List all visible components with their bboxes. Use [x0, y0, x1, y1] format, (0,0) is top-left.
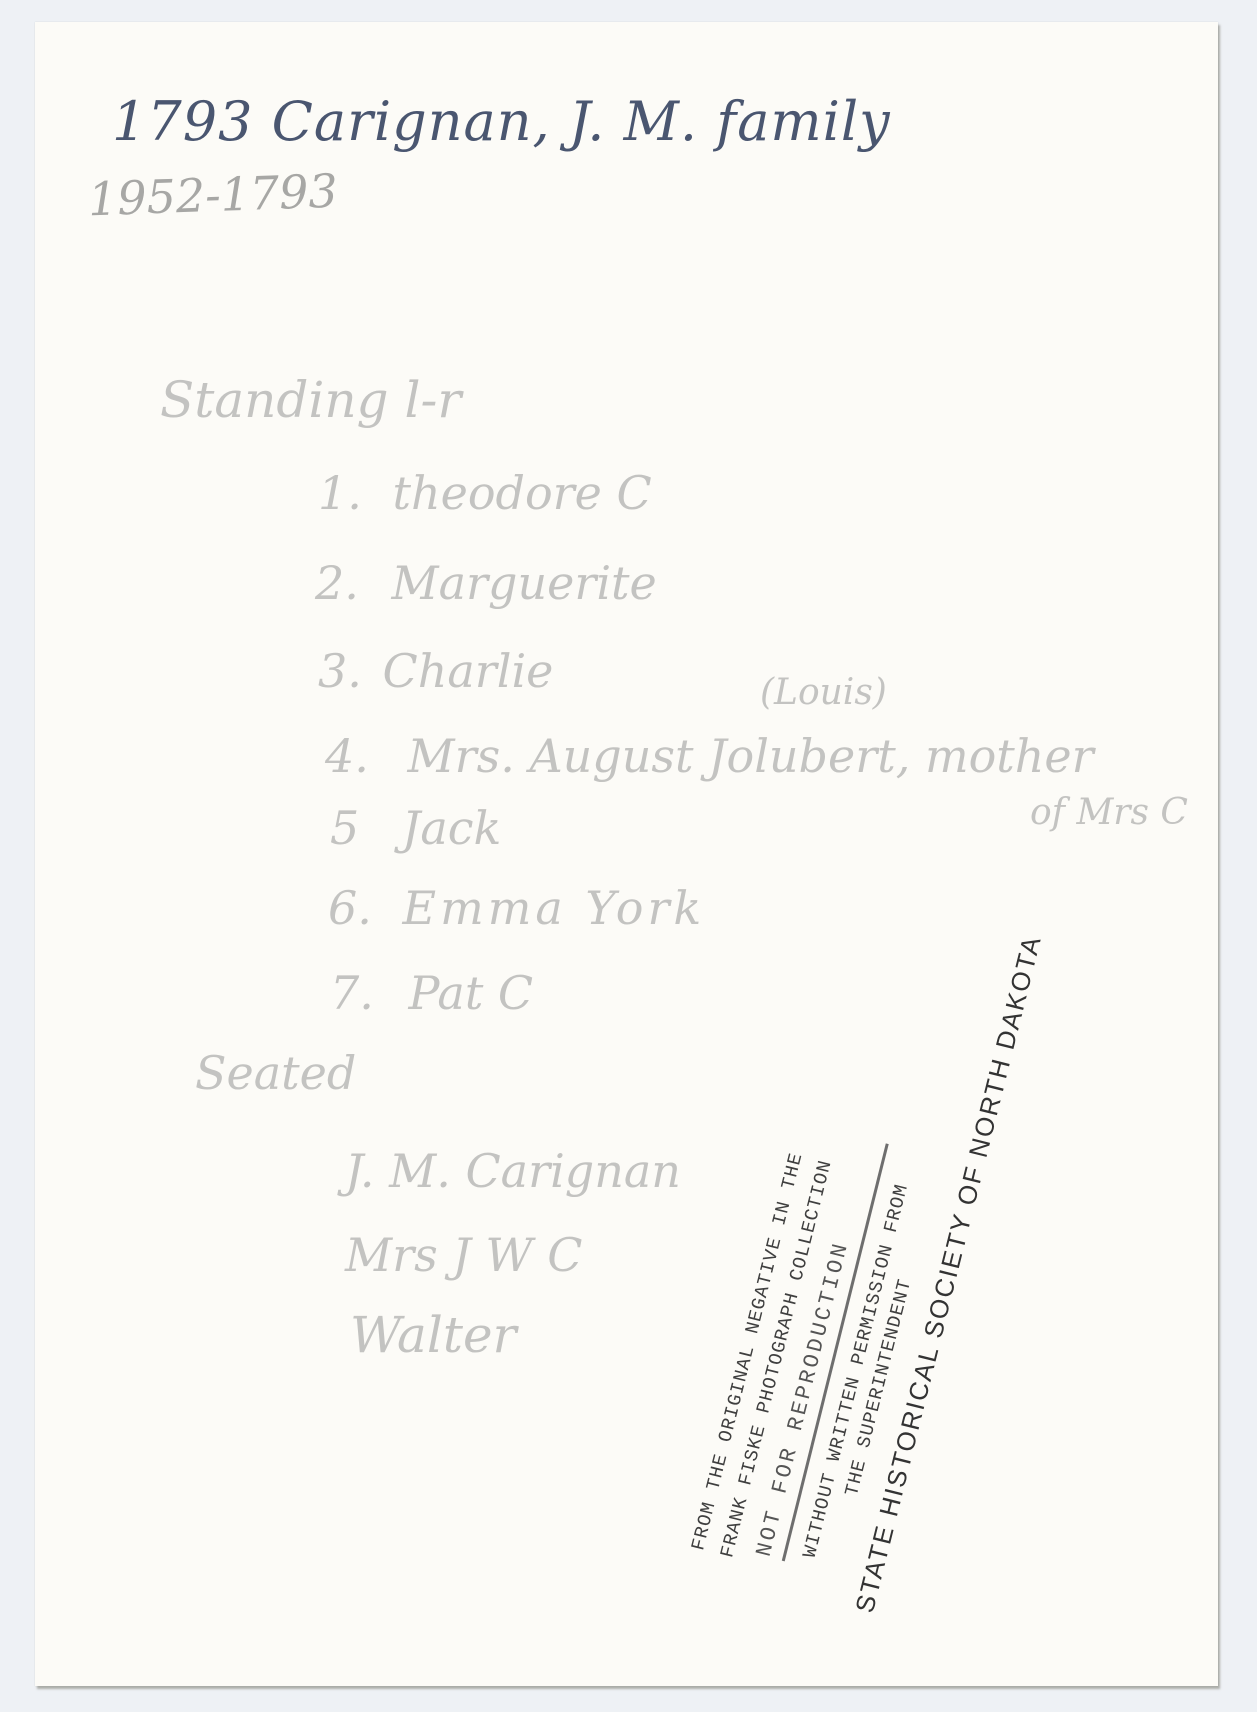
list-item: 4. Mrs. August Jolubert, mother	[325, 733, 1094, 779]
header-title: 1793 Carignan, J. M. family	[112, 95, 891, 149]
item-name: Charlie	[383, 644, 554, 698]
item-name: theodore C	[393, 466, 652, 520]
list-item: 7. Pat C	[330, 970, 533, 1016]
note-continuation: of Mrs C	[1030, 795, 1188, 831]
list-item: Mrs J W C	[345, 1232, 582, 1278]
item-number: 7.	[330, 966, 374, 1020]
list-item: 5 Jack	[330, 805, 501, 851]
item-number: 5	[330, 801, 359, 855]
item-number: 2.	[315, 556, 359, 610]
item-number: 3.	[318, 644, 362, 698]
seated-heading: Seated	[195, 1050, 356, 1096]
item-name: Mrs. August Jolubert, mother	[408, 729, 1094, 783]
list-item: 1. theodore C	[318, 470, 652, 516]
list-item: J. M. Carignan	[345, 1148, 681, 1194]
list-item: 6. Emma York	[328, 885, 705, 931]
catalog-number: 1952-1793	[87, 168, 338, 223]
item-name: Emma York	[403, 881, 706, 935]
item-name: Jack	[402, 801, 502, 855]
standing-heading: Standing l-r	[160, 375, 461, 425]
item-number: 4.	[325, 729, 369, 783]
item-number: 1.	[318, 466, 362, 520]
list-item: 3. Charlie	[318, 648, 553, 694]
item-name: Marguerite	[392, 556, 657, 610]
insert-note: (Louis)	[760, 675, 887, 711]
item-name: Pat C	[409, 966, 534, 1020]
list-item: Walter	[350, 1310, 516, 1360]
list-item: 2. Marguerite	[315, 560, 657, 606]
item-number: 6.	[328, 881, 372, 935]
